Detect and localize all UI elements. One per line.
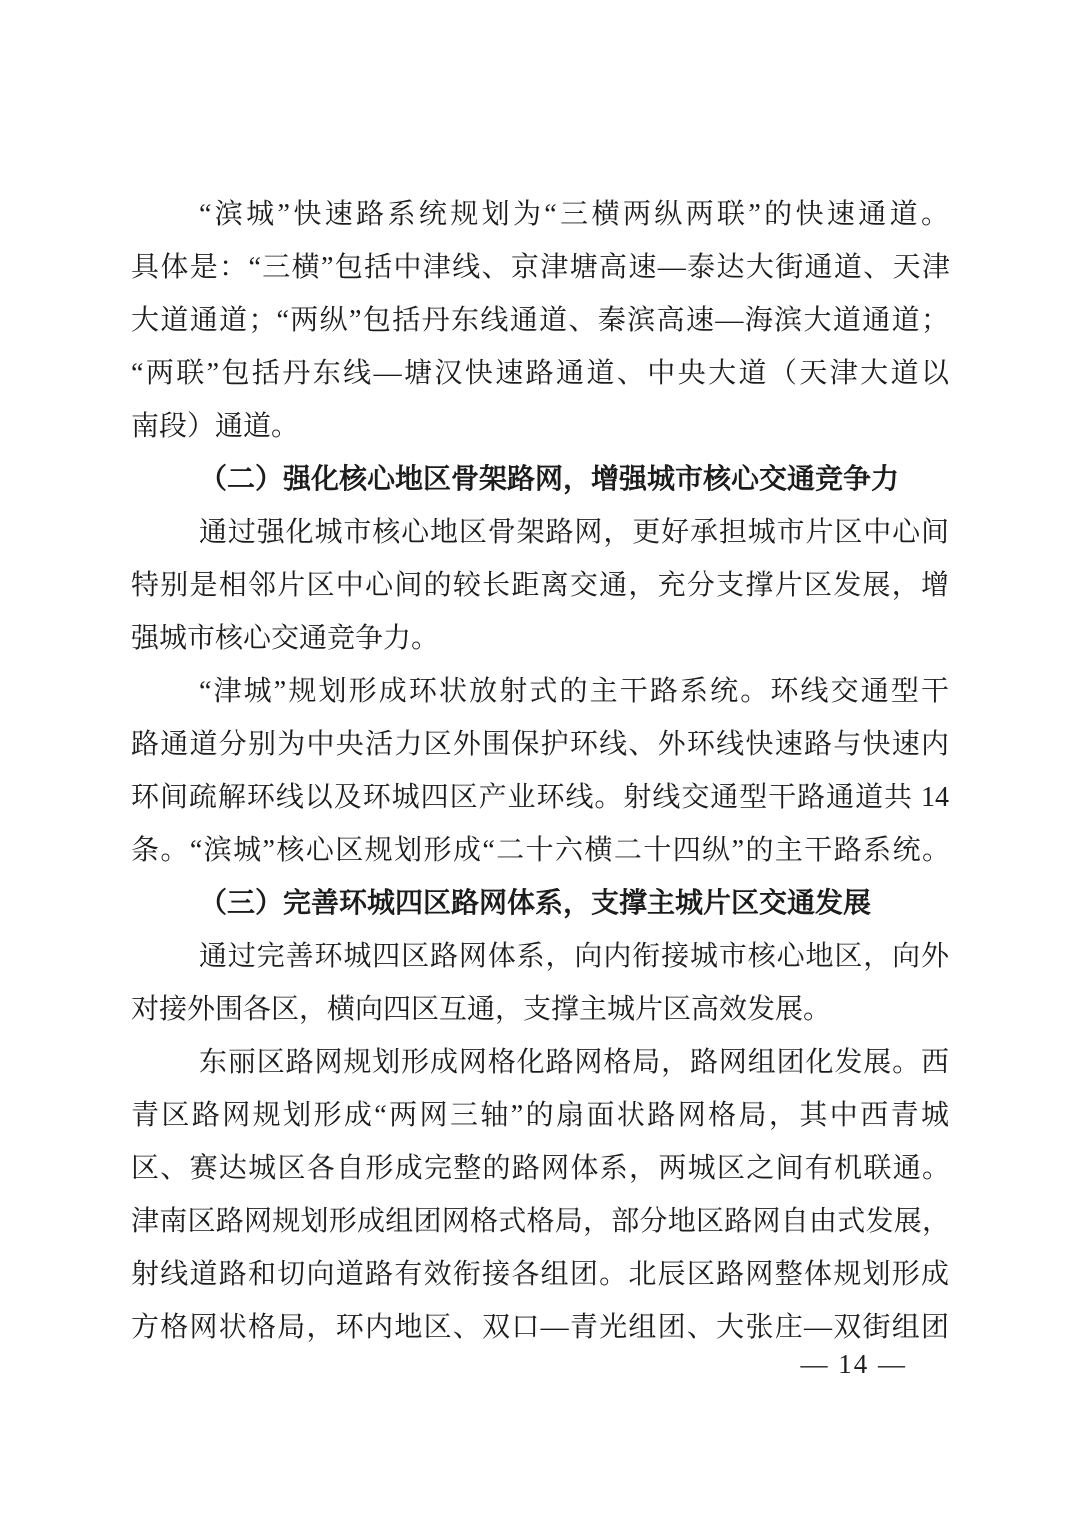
paragraph-line: 强城市核心交通竞争力。 xyxy=(131,612,949,665)
paragraph-line: “滨城”快速路系统规划为“三横两纵两联”的快速通道。 xyxy=(131,188,949,241)
section-heading-2: （二）强化核心地区骨架路网，增强城市核心交通竞争力 xyxy=(131,453,949,506)
paragraph-line: 通过完善环城四区路网体系，向内衔接城市核心地区，向外 xyxy=(131,930,949,983)
paragraph-line: 通过强化城市核心地区骨架路网，更好承担城市片区中心间 xyxy=(131,506,949,559)
paragraph-line: “两联”包括丹东线—塘汉快速路通道、中央大道（天津大道以 xyxy=(131,347,949,400)
paragraph-line: 环间疏解环线以及环城四区产业环线。射线交通型干路通道共 14 xyxy=(131,771,949,824)
paragraph-line: “津城”规划形成环状放射式的主干路系统。环线交通型干 xyxy=(131,665,949,718)
paragraph-line: 具体是：“三横”包括中津线、京津塘高速—泰达大街通道、天津 xyxy=(131,241,949,294)
paragraph-line: 南段）通道。 xyxy=(131,400,949,453)
paragraph-line: 东丽区路网规划形成网格化路网格局，路网组团化发展。西 xyxy=(131,1036,949,1089)
paragraph-line: 特别是相邻片区中心间的较长距离交通，充分支撑片区发展，增 xyxy=(131,559,949,612)
paragraph-line: 区、赛达城区各自形成完整的路网体系，两城区之间有机联通。 xyxy=(131,1142,949,1195)
document-page: “滨城”快速路系统规划为“三横两纵两联”的快速通道。 具体是：“三横”包括中津线… xyxy=(0,0,1074,1520)
paragraph-line: 青区路网规划形成“两网三轴”的扇面状路网格局，其中西青城 xyxy=(131,1089,949,1142)
paragraph-line: 条。“滨城”核心区规划形成“二十六横二十四纵”的主干路系统。 xyxy=(131,824,949,877)
paragraph-line: 路通道分别为中央活力区外围保护环线、外环线快速路与快速内 xyxy=(131,718,949,771)
paragraph-line: 射线道路和切向道路有效衔接各组团。北辰区路网整体规划形成 xyxy=(131,1248,949,1301)
paragraph-line: 对接外围各区，横向四区互通，支撑主城片区高效发展。 xyxy=(131,983,949,1036)
document-body: “滨城”快速路系统规划为“三横两纵两联”的快速通道。 具体是：“三横”包括中津线… xyxy=(131,188,949,1354)
section-heading-3: （三）完善环城四区路网体系，支撑主城片区交通发展 xyxy=(131,877,949,930)
paragraph-line: 大道通道；“两纵”包括丹东线通道、秦滨高速—海滨大道通道； xyxy=(131,294,949,347)
paragraph-line: 津南区路网规划形成组团网格式格局，部分地区路网自由式发展， xyxy=(131,1195,949,1248)
page-number: — 14 — xyxy=(801,1344,908,1384)
